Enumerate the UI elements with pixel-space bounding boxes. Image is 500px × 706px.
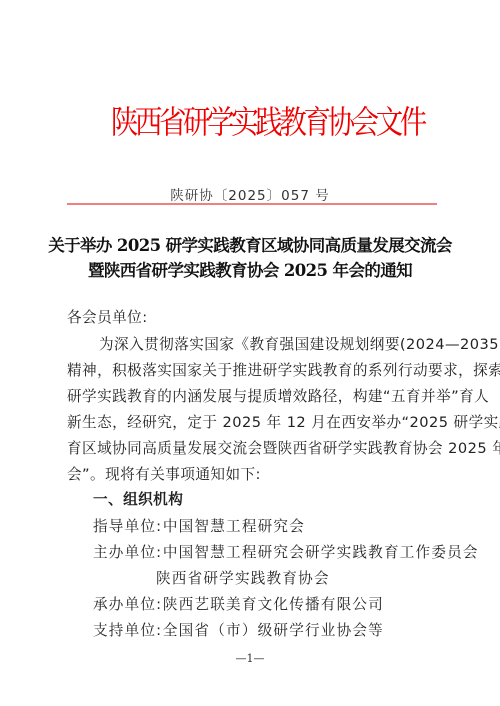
document-number: 陕研协〔2025〕057 号 xyxy=(0,184,500,204)
paragraph-line: 精神，积极落实国家关于推进研学实践教育的系列行动要求，探索 xyxy=(67,361,439,381)
paragraph-line: 育区域协同高质量发展交流会暨陕西省研学实践教育协会 2025 年 xyxy=(67,439,439,459)
org-value: 中国智慧工程研究会 xyxy=(163,517,305,537)
paragraph-line: 研学实践教育的内涵发展与提质增效路径，构建“五育并举”育人 xyxy=(67,387,439,407)
org-row-guidance: 指导单位: 中国智慧工程研究会 xyxy=(93,517,305,537)
org-row-host: 主办单位: 中国智慧工程研究会研学实践教育工作委员会 xyxy=(93,543,479,563)
org-value: 中国智慧工程研究会研学实践教育工作委员会 xyxy=(163,543,479,563)
org-label: 主办单位: xyxy=(93,543,157,563)
subject-title-line-1: 关于举办 2025 研学实践教育区域协同高质量发展交流会 xyxy=(0,232,500,256)
page-number: —1— xyxy=(0,652,500,665)
org-value: 陕西艺联美育文化传播有限公司 xyxy=(163,595,384,615)
paragraph-line: 为深入贯彻落实国家《教育强国建设规划纲要(2024—2035 年)》 xyxy=(99,335,439,355)
red-divider-rule xyxy=(67,203,437,205)
paragraph-line: 新生态，经研究，定于 2025 年 12 月在西安举办“2025 研学实践教 xyxy=(67,413,439,433)
org-label: 指导单位: xyxy=(93,517,157,537)
org-label: 支持单位: xyxy=(93,621,157,641)
org-row-organizer: 承办单位: 陕西艺联美育文化传播有限公司 xyxy=(93,595,384,615)
subject-title-line-2: 暨陕西省研学实践教育协会 2025 年会的通知 xyxy=(0,257,500,281)
org-label: 承办单位: xyxy=(93,595,157,615)
salutation: 各会员单位: xyxy=(67,308,439,328)
org-value: 全国省（市）级研学行业协会等 xyxy=(163,621,384,641)
org-row-support: 支持单位: 全国省（市）级研学行业协会等 xyxy=(93,621,384,641)
org-value-continuation: 陕西省研学实践教育协会 xyxy=(156,569,330,589)
section-heading-organization: 一、组织机构 xyxy=(93,490,183,510)
document-header-title: 陕西省研学实践教育协会文件 xyxy=(111,100,391,144)
document-page: 陕西省研学实践教育协会文件 陕研协〔2025〕057 号 关于举办 2025 研… xyxy=(0,0,500,706)
paragraph-line: 会”。现将有关事项通知如下: xyxy=(67,465,439,485)
